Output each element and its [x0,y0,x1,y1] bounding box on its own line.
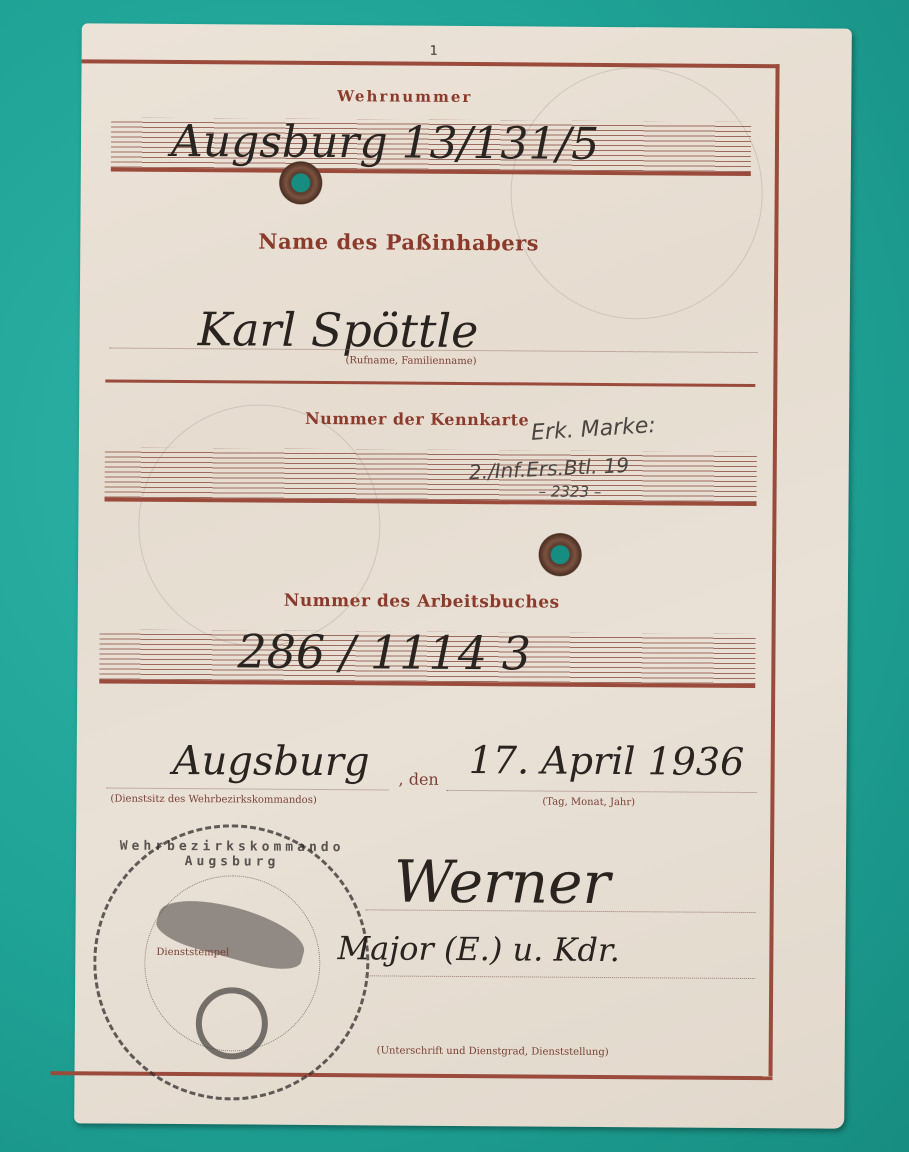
faint-seal-circle [510,66,764,320]
issuance-den: , den [399,770,439,789]
stamp-label: Dienststempel [156,947,229,959]
date-caption: (Tag, Monat, Jahr) [542,797,635,809]
wehrnummer-value: Augsburg 13/131/5 [171,116,600,170]
wehrnummer-label: Wehrnummer [337,87,472,106]
page-number: 1 [430,44,438,59]
frame-top-border [82,59,780,68]
rank-dotted-line [365,975,755,979]
eyelet-grommet [538,533,582,577]
wreath-emblem-icon [196,987,269,1060]
arbeitsbuch-label: Nummer des Arbeitsbuches [284,591,560,613]
name-section-rule [105,379,755,387]
place-caption: (Dienstsitz des Wehrbezirkskommandos) [110,794,316,806]
kennkarte-ruled-field [105,447,757,506]
name-caption: (Rufname, Familienname) [345,355,476,367]
official-stamp: Wehrbezirkskommando Augsburg Dienststemp… [92,823,370,1101]
arbeitsbuch-value: 286 / 1114 3 [237,624,531,680]
wehrpass-page: 1 Wehrnummer Augsburg 13/131/5 Name des … [74,23,852,1128]
signature-caption: (Unterschrift und Dienstgrad, Dienststel… [377,1045,609,1058]
kennkarte-annotation-1: Erk. Marke: [530,413,656,446]
name-label: Name des Paßinhabers [258,229,539,256]
signature-rank: Major (E.) u. Kdr. [337,929,620,969]
issuance-place: Augsburg [173,738,370,785]
place-dotted-line [107,788,389,791]
eyelet-grommet [279,161,323,205]
signature-name: Werner [394,848,611,918]
date-dotted-line [446,790,756,793]
kennkarte-annotation-3: – 2323 – [539,483,602,501]
kennkarte-label: Nummer der Kennkarte [305,409,529,430]
stamp-ring-text: Wehrbezirkskommando Augsburg [97,838,367,870]
issuance-date: 17. April 1936 [469,738,745,784]
frame-right-border [769,64,780,1076]
